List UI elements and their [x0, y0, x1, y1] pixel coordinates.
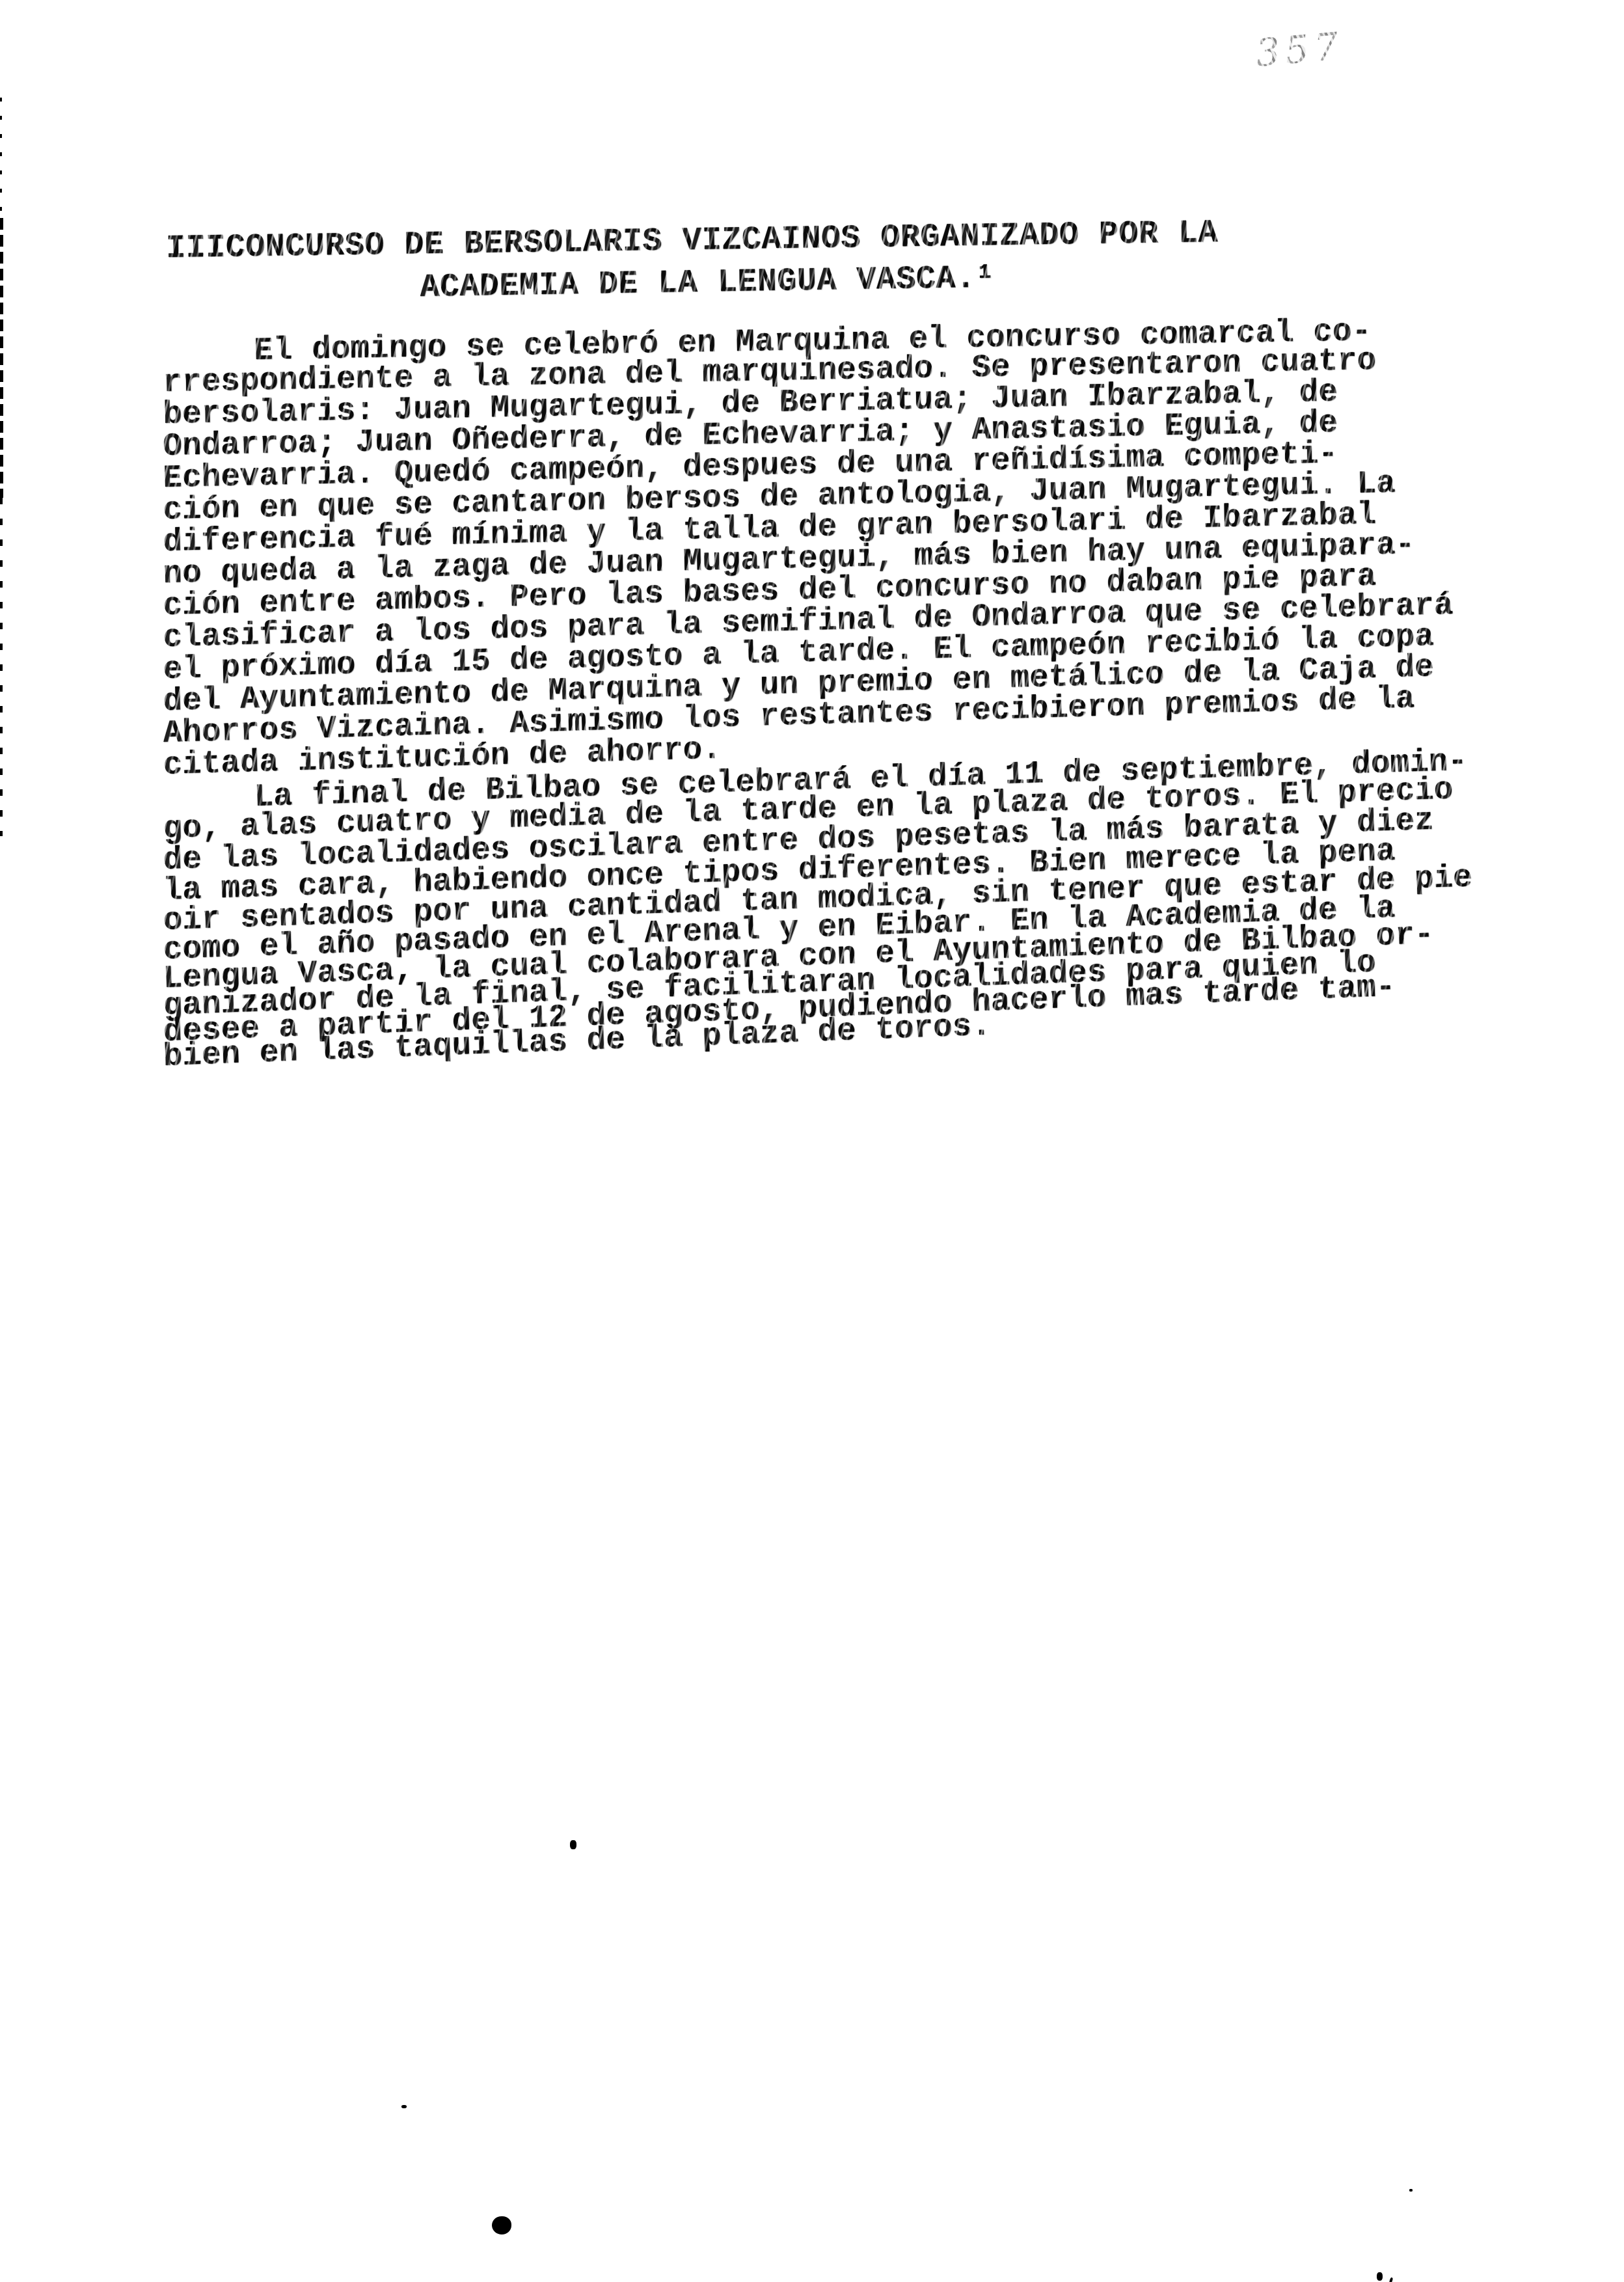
ink-speck — [1409, 2189, 1413, 2192]
document-title-line-1: IIICONCURSO DE BERSOLARIS VIZCAINOS ORGA… — [166, 217, 1218, 265]
scan-edge-artifact — [0, 498, 3, 836]
ink-dot — [492, 2216, 511, 2234]
scanned-typewritten-page: 357 IIICONCURSO DE BERSOLARIS VIZCAINOS … — [0, 0, 1624, 2282]
scan-edge-artifact — [0, 218, 3, 498]
scan-edge-artifact — [0, 98, 2, 218]
ink-speck — [1377, 2272, 1383, 2281]
document-title-line-2: ACADEMIA DE LA LENGUA VASCA.¹ — [420, 262, 995, 305]
ink-speck — [1389, 2277, 1394, 2282]
ink-speck — [401, 2105, 407, 2108]
handwritten-page-number: 357 — [1254, 23, 1345, 75]
ink-speck — [570, 1840, 576, 1849]
